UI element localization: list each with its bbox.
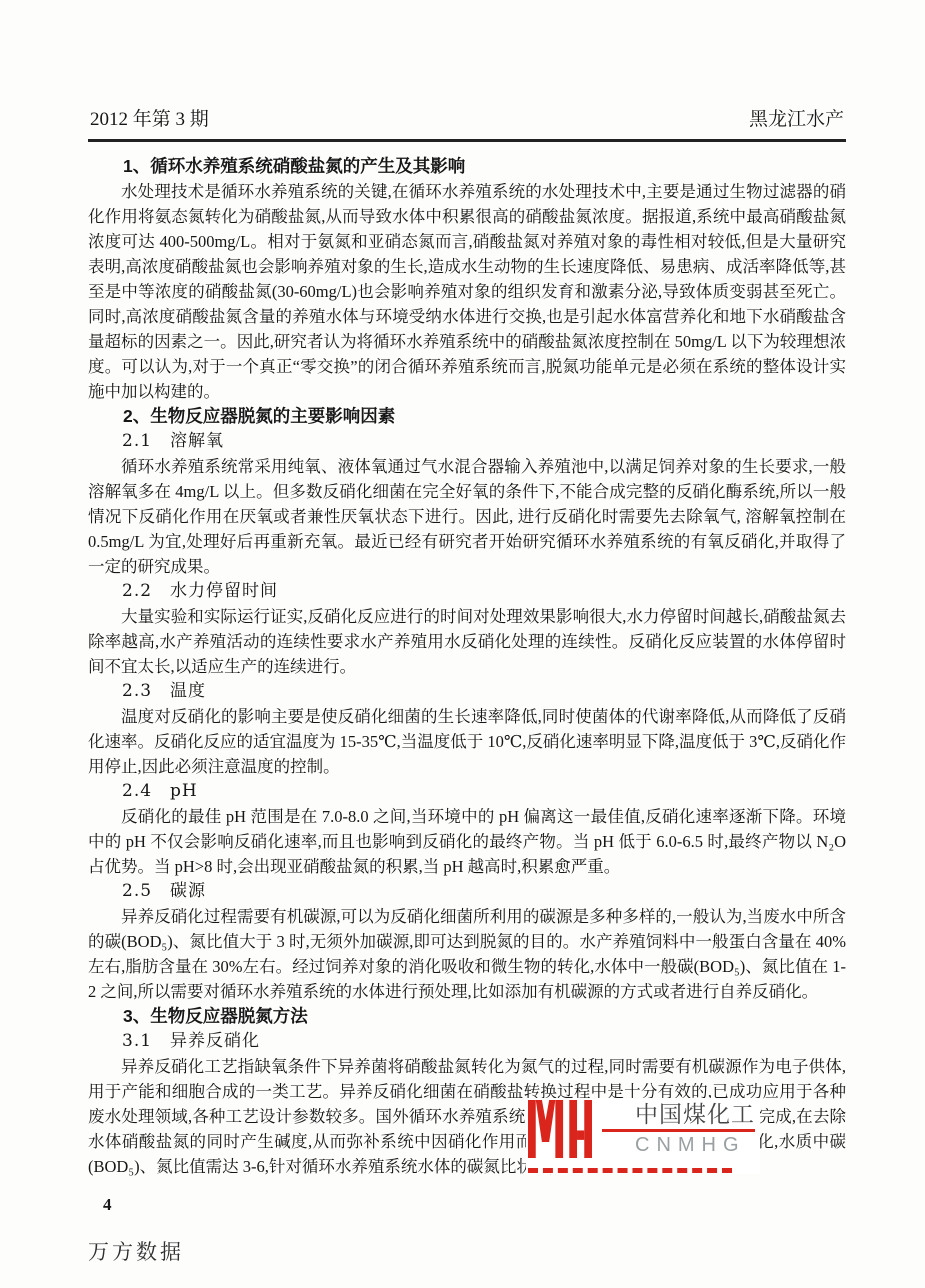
article-body: 1、循环水养殖系统硝酸盐氮的产生及其影响水处理技术是循环水养殖系统的关键,在循环… [88, 154, 846, 1179]
paragraph: 温度对反硝化的影响主要是使反硝化细菌的生长速率降低,同时使菌体的代谢率降低,从而… [88, 704, 846, 779]
paragraph: 异养反硝化过程需要有机碳源,可以为反硝化细菌所利用的碳源是多种多样的,一般认为,… [88, 904, 846, 1004]
paragraph: 水处理技术是循环水养殖系统的关键,在循环水养殖系统的水处理技术中,主要是通过生物… [88, 179, 846, 404]
watermark: 中国煤化工 CNMHG [526, 1098, 760, 1174]
page-header: 2012 年第 3 期 黑龙江水产 [88, 104, 846, 131]
page-number: 4 [88, 1195, 846, 1215]
section-heading: 2、生物反应器脱氮的主要影响因素 [88, 404, 846, 429]
watermark-logo-icon [528, 1100, 592, 1158]
watermark-latin: CNMHG [602, 1133, 755, 1158]
header-issue: 2012 年第 3 期 [90, 104, 209, 131]
footer-brand: 万方数据 [88, 1236, 184, 1266]
section-heading: 3、生物反应器脱氮方法 [88, 1004, 846, 1029]
subsection-heading: 2.4 pH [88, 779, 846, 804]
subsection-heading: 2.2 水力停留时间 [88, 579, 846, 604]
journal-page: 2012 年第 3 期 黑龙江水产 1、循环水养殖系统硝酸盐氮的产生及其影响水处… [0, 0, 925, 1288]
header-rule [88, 139, 846, 142]
section-heading: 1、循环水养殖系统硝酸盐氮的产生及其影响 [88, 154, 846, 179]
subsection-heading: 2.1 溶解氧 [88, 429, 846, 454]
subsection-heading: 2.5 碳源 [88, 879, 846, 904]
watermark-text: 中国煤化工 CNMHG [602, 1100, 755, 1158]
subsection-heading: 2.3 温度 [88, 679, 846, 704]
paragraph: 反硝化的最佳 pH 范围是在 7.0-8.0 之间,当环境中的 pH 偏离这一最… [88, 804, 846, 879]
paragraph: 大量实验和实际运行证实,反硝化反应进行的时间对处理效果影响很大,水力停留时间越长… [88, 604, 846, 679]
header-journal-title: 黑龙江水产 [749, 104, 844, 131]
page-content: 2012 年第 3 期 黑龙江水产 1、循环水养殖系统硝酸盐氮的产生及其影响水处… [88, 104, 846, 1215]
subsection-heading: 3.1 异养反硝化 [88, 1029, 846, 1054]
paragraph: 异养反硝化工艺指缺氧条件下异养菌将硝酸盐氮转化为氮气的过程,同时需要有机碳源作为… [88, 1054, 846, 1179]
watermark-name: 中国煤化工 [602, 1101, 755, 1132]
paragraph: 循环水养殖系统常采用纯氧、液体氧通过气水混合器输入养殖池中,以满足饲养对象的生长… [88, 454, 846, 579]
